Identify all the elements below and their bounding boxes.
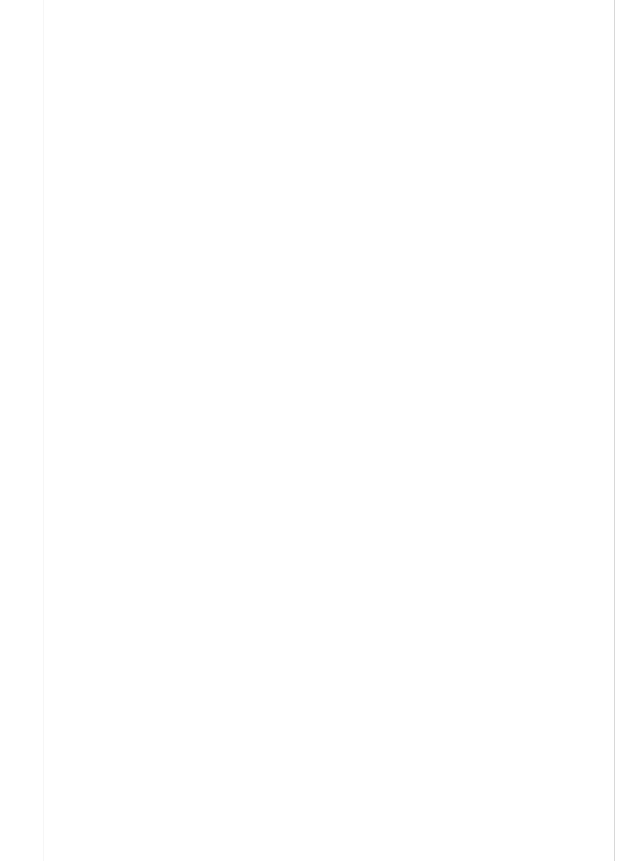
page-edge-left: [43, 0, 44, 861]
page-edge: [614, 0, 615, 861]
